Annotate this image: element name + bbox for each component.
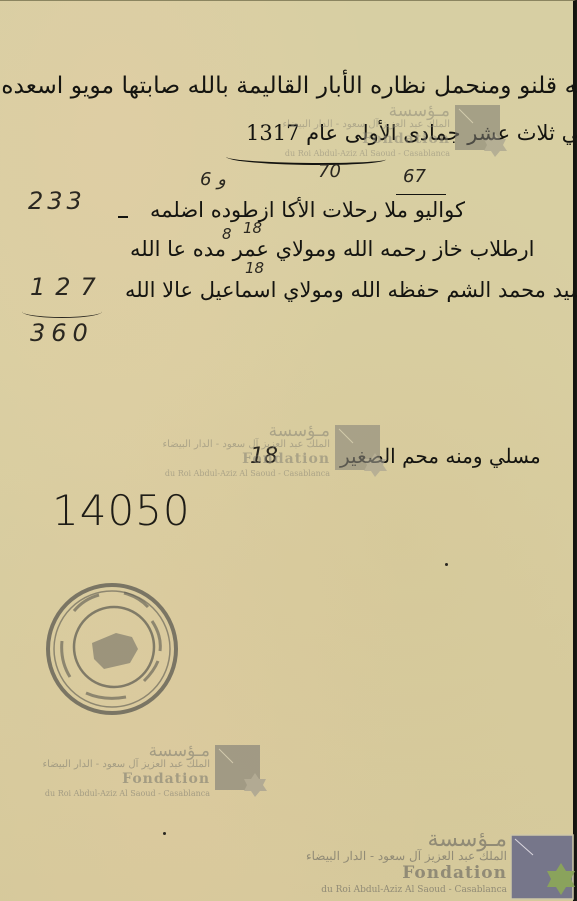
watermark-arabic-subtitle: الملك عبد العزيز آل سعود - الدار البيضاء — [306, 849, 507, 863]
foundation-logo-icon — [215, 745, 270, 800]
watermark-french-subtitle: du Roi Abdul-Aziz Al Saoud - Casablanca — [45, 789, 210, 798]
sum-top-number: 127 — [30, 273, 106, 301]
watermark-french-subtitle: du Roi Abdul-Aziz Al Saoud - Casablanca — [321, 885, 507, 895]
watermark-french-subtitle: du Roi Abdul-Aziz Al Saoud - Casablanca — [285, 149, 450, 158]
watermark-arabic-subtitle: الملك عبد العزيز آل سعود - الدار البيضاء — [162, 439, 330, 450]
superscript-number: 67 — [403, 166, 426, 187]
watermark-french-title: Fondation — [242, 451, 330, 467]
reference-number: 14050 — [52, 486, 191, 535]
watermark-arabic-subtitle: الملك عبد العزيز آل سعود - الدار البيضاء — [42, 759, 210, 770]
margin-number-top: 233 — [28, 187, 86, 215]
foundation-logo-icon — [455, 105, 510, 160]
watermark: مـؤسسة الملك عبد العزيز آل سعود - الدار … — [60, 741, 270, 803]
watermark-arabic-title: مـؤسسة — [389, 101, 450, 121]
header-line: الحمد لله قلنو ومنحمل نظاره الأبار القال… — [1, 73, 577, 99]
watermark: مـؤسسة الملك عبد العزيز آل سعود - الدار … — [290, 101, 510, 163]
superscript-number: 6 و — [200, 169, 226, 190]
foundation-logo-icon — [509, 833, 577, 900]
watermark-arabic-title: مـؤسسة — [269, 421, 330, 441]
dash-mark — [118, 216, 128, 218]
body-line: ارطلاب خاز رحمه الله ومولاي عمر مده عا ا… — [130, 237, 534, 261]
body-line: والسيد محمد الشم حفظه الله ومولاي اسماعي… — [125, 278, 577, 302]
sum-bottom-number: 360 — [30, 319, 94, 347]
watermark-french-title: Fondation — [362, 131, 450, 147]
watermark-arabic-title: مـؤسسة — [149, 741, 210, 761]
official-seal — [44, 581, 180, 717]
superscript-number: 18 — [245, 259, 264, 277]
watermark-french-title: Fondation — [122, 771, 210, 787]
watermark-arabic-subtitle: الملك عبد العزيز آل سعود - الدار البيضاء — [282, 119, 450, 130]
watermark: مـؤسسة الملك عبد العزيز آل سعود - الدار … — [180, 421, 390, 483]
superscript-number: 70 — [318, 161, 341, 182]
ink-dot — [445, 563, 448, 566]
document-page: الحمد لله قلنو ومنحمل نظاره الأبار القال… — [0, 0, 576, 900]
watermark-main: مـؤسسة الملك عبد العزيز آل سعود - الدار … — [310, 827, 577, 900]
watermark-french-subtitle: du Roi Abdul-Aziz Al Saoud - Casablanca — [165, 469, 330, 478]
foundation-logo-icon — [335, 425, 390, 480]
number-overline — [396, 194, 446, 195]
sum-line — [22, 305, 102, 318]
body-line: كواليو ملا رحلات الأكا ازطوده اضلمه — [150, 198, 465, 222]
ink-dot — [163, 832, 166, 835]
watermark-french-title: Fondation — [402, 863, 507, 883]
